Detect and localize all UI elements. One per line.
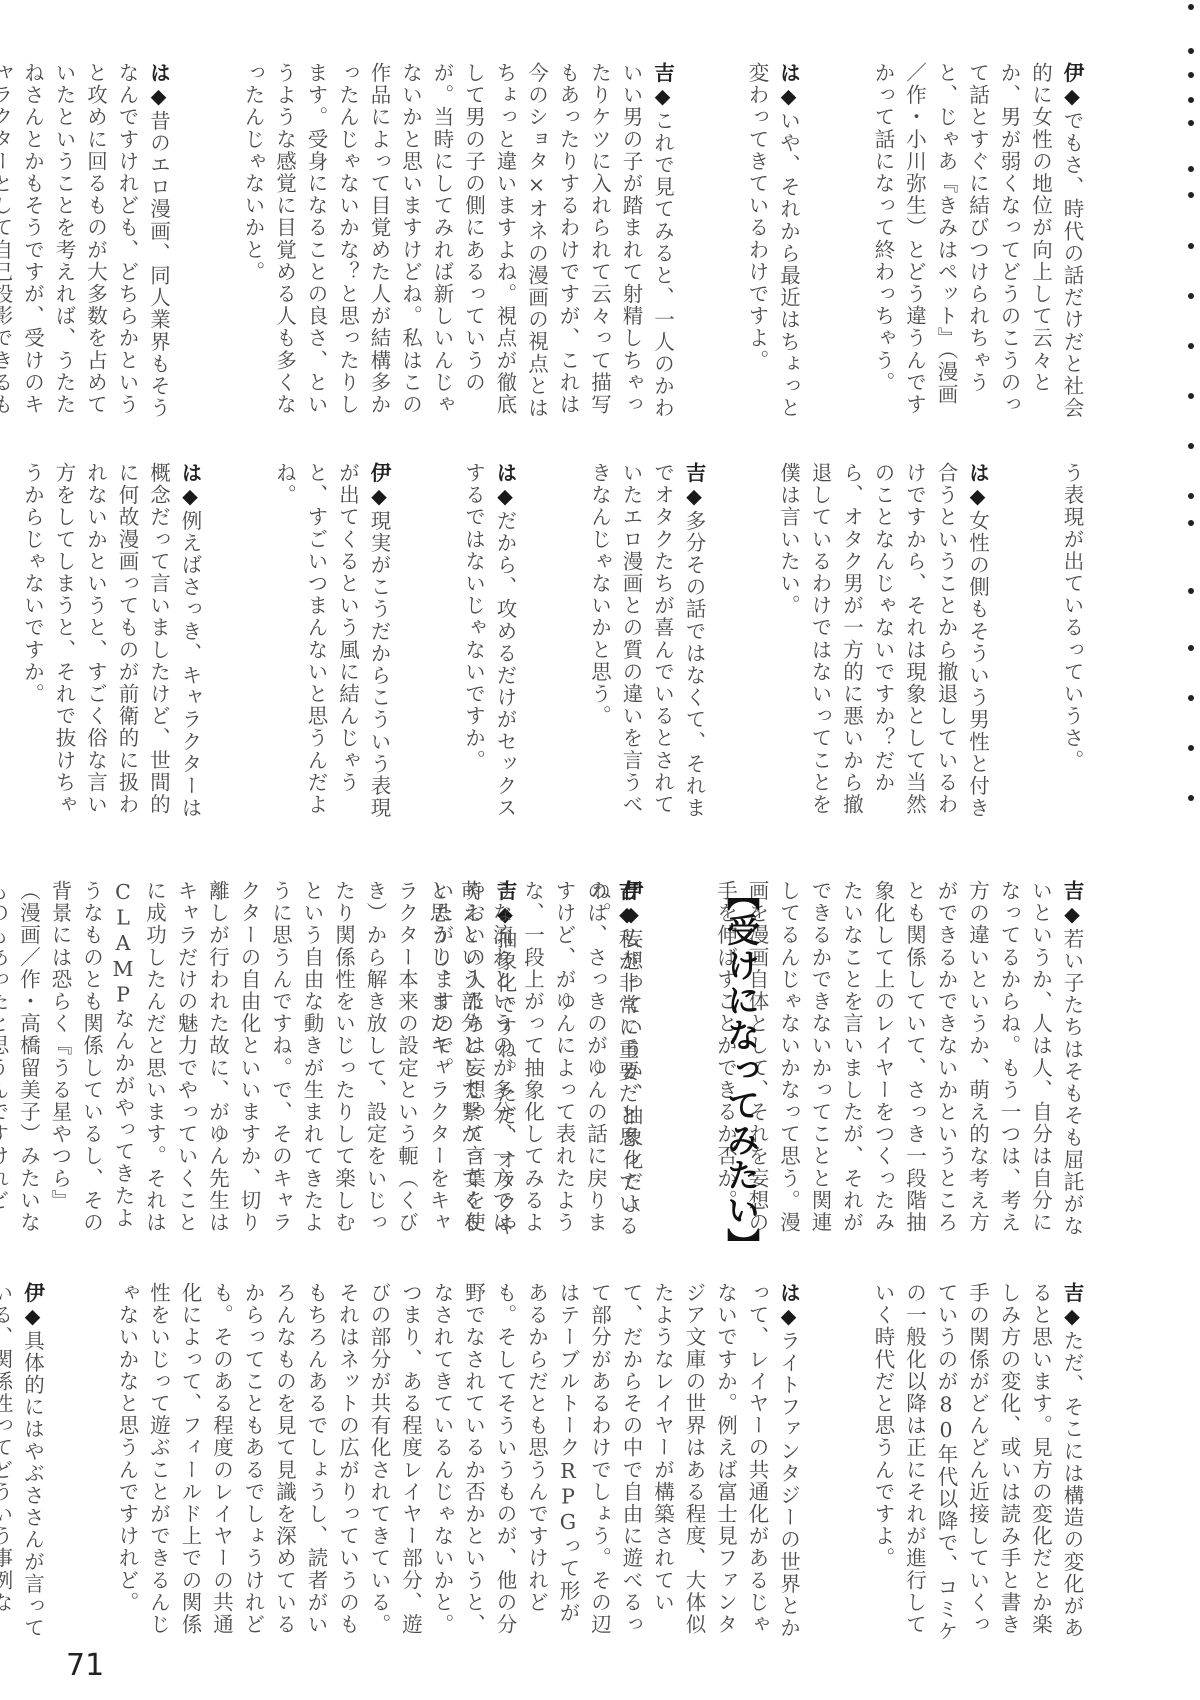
dot-icon [1188, 745, 1194, 751]
dot-icon [1188, 645, 1194, 651]
dot-icon [1188, 795, 1194, 801]
dot-icon [1188, 243, 1194, 249]
paragraph: 吉◆これで見てみると、一人のかわいい男の子が踏まれて射精しちゃったりケツに入れら… [237, 62, 678, 424]
paragraph: う表現が出ているっていうさ。 [1056, 462, 1088, 824]
speaker-label: は [966, 462, 990, 484]
diamond-icon: ◆ [682, 484, 706, 510]
dot-icon [1188, 343, 1194, 349]
paragraph: は◆ライトファンタジーの世界とかって、レイヤーの共通化があるじゃないですか。例え… [111, 1282, 804, 1644]
speaker-label: 吉 [1060, 880, 1084, 902]
dot-icon [1188, 192, 1194, 198]
tier-3-text-left: 吉◆私が非常に重要だと思っているのは、さっきのがゆんの話に戻りますけど、がゆんに… [75, 880, 705, 1242]
paragraph: は◆いや、それから最近はちょっと変わってきているわけですよ。 [741, 62, 804, 424]
diamond-icon: ◆ [147, 84, 171, 110]
speaker-label: 吉 [651, 62, 675, 84]
dot-icon [1188, 293, 1194, 299]
speaker-label: 伊 [1060, 62, 1084, 84]
paragraph: 伊◆現実がこうだからこういう表現が出てくるという風に結んじゃうと、すごいつまんな… [268, 462, 394, 824]
speaker-label: 吉 [1060, 1282, 1084, 1304]
dot-icon [1188, 72, 1194, 78]
dot-icon [1188, 166, 1194, 172]
paragraph: 吉◆ただ、そこには構造の変化があると思います。見方の変化だとか楽しみ方の変化、或… [867, 1282, 1088, 1644]
speaker-label: は [777, 1282, 801, 1304]
paragraph: は◆女性の側もそういう男性と付き合うということから撤退しているわけですから、それ… [772, 462, 993, 824]
speaker-label: は [493, 462, 517, 484]
diamond-icon: ◆ [1060, 84, 1084, 110]
paragraph: 伊◆具体的にはやぶささんが言っている、関係性ってどういう事例なの？ [0, 1282, 48, 1644]
diamond-icon: ◆ [21, 1304, 45, 1330]
speaker-label: 吉 [615, 880, 639, 902]
dot-icon [1188, 4, 1194, 10]
speaker-label: は [147, 62, 171, 84]
paragraph: 吉◆若い子たちはそもそも屈託がないというか、人は人、自分は自分になってるからね。… [709, 880, 1087, 1242]
dot-icon [1188, 493, 1194, 499]
diamond-icon: ◆ [178, 484, 202, 510]
margin-dot-marks [1182, 0, 1196, 1700]
diamond-icon: ◆ [777, 1304, 801, 1330]
speaker-label: 伊 [21, 1282, 45, 1304]
speaker-label: 伊 [367, 462, 391, 484]
paragraph: 伊◆でもさ、時代の話だけだと社会的に女性の地位が向上して云々とか、男が弱くなって… [867, 62, 1088, 424]
diamond-icon: ◆ [1060, 902, 1084, 928]
tier-2-text: う表現が出ているっていうさ。 は◆女性の側もそういう男性と付き合うということから… [70, 462, 1150, 824]
dot-icon [1188, 120, 1194, 126]
dot-icon [1188, 48, 1194, 54]
tier-4-text: 吉◆ただ、そこには構造の変化があると思います。見方の変化だとか楽しみ方の変化、或… [70, 1282, 1150, 1644]
paragraph: は◆昔のエロ漫画、同人業界もそうなんですけれども、どちらかというと攻めに回るもの… [0, 62, 174, 424]
paragraph: 吉◆私が非常に重要だと思っているのは、さっきのがゆんの話に戻りますけど、がゆんに… [0, 880, 642, 1242]
diamond-icon: ◆ [777, 84, 801, 110]
diamond-icon: ◆ [615, 902, 639, 928]
diamond-icon: ◆ [651, 84, 675, 110]
diamond-icon: ◆ [966, 484, 990, 510]
dot-icon [1188, 695, 1194, 701]
section-heading: 【受けになってみたい】 [718, 878, 765, 1248]
tier-1-text: 伊◆でもさ、時代の話だけだと社会的に女性の地位が向上して云々とか、男が弱くなって… [70, 62, 1150, 424]
dot-icon [1188, 97, 1194, 103]
paragraph: は◆だから、攻めるだけがセックスするではないじゃないですか。 [457, 462, 520, 824]
speaker-label: は [777, 62, 801, 84]
page-number: 71 [66, 1648, 104, 1683]
dot-icon [1188, 393, 1194, 399]
diamond-icon: ◆ [1060, 1304, 1084, 1330]
speaker-label: は [178, 462, 202, 484]
dot-icon [1188, 443, 1194, 449]
dot-icon [1188, 520, 1194, 526]
paragraph: 吉◆多分その話ではなくて、それまでオタクたちが喜んでいるとされていたエロ漫画との… [583, 462, 709, 824]
tier-3-text-right: 吉◆若い子たちはそもそも屈託がないというか、人は人、自分は自分になってるからね。… [795, 880, 1150, 1242]
diamond-icon: ◆ [493, 484, 517, 510]
speaker-label: 吉 [682, 462, 706, 484]
diamond-icon: ◆ [367, 484, 391, 510]
paragraph: は◆例えばさっき、キャラクターは概念だって言いましたけど、世間的に何故漫画っても… [16, 462, 205, 824]
dot-icon [1188, 588, 1194, 594]
